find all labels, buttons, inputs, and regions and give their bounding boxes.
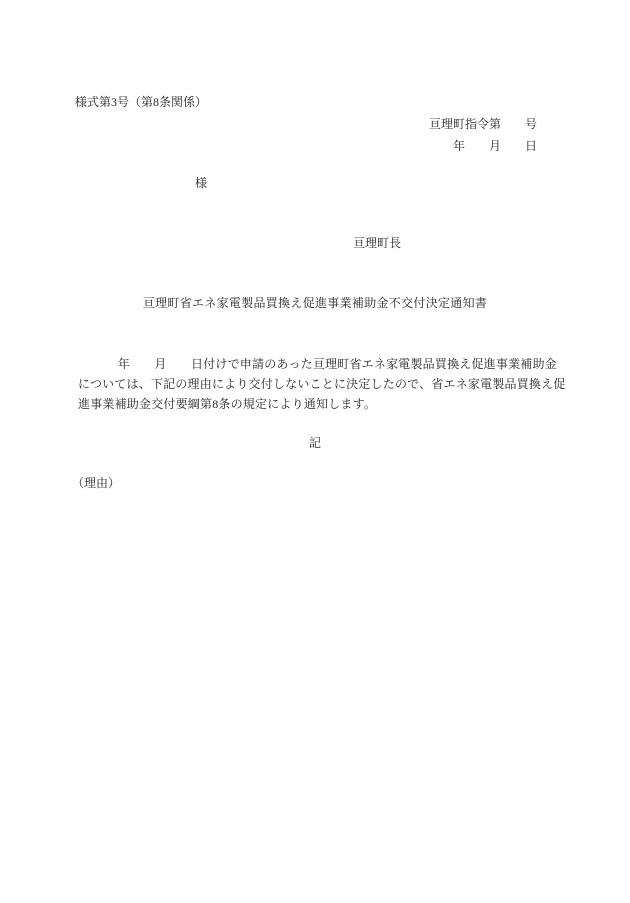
date-line: 年 月 日 bbox=[453, 139, 537, 153]
body-line-1: 年 月 日付けで申請のあった亘理町省エネ家電製品買換え促進事業補助金 bbox=[78, 354, 564, 374]
body-line-2: については、下記の理由により交付しないことに決定したので、省エネ家電製品買換え促 bbox=[78, 374, 564, 394]
body-line-3: 進事業補助金交付要綱第8条の規定により通知します。 bbox=[78, 394, 564, 414]
reason-label: （理由） bbox=[72, 476, 120, 490]
body-paragraph: 年 月 日付けで申請のあった亘理町省エネ家電製品買換え促進事業補助金 については… bbox=[78, 354, 564, 414]
addressee-honorific: 様 bbox=[195, 176, 207, 190]
sender-title: 亘理町長 bbox=[353, 236, 401, 250]
document-title: 亘理町省エネ家電製品買換え促進事業補助金不交付決定通知書 bbox=[0, 296, 630, 310]
form-number: 様式第3号（第8条関係） bbox=[75, 95, 207, 109]
directive-number-line: 亘理町指令第 号 bbox=[429, 117, 537, 131]
ki-marker: 記 bbox=[0, 436, 630, 450]
document-page: 様式第3号（第8条関係） 亘理町指令第 号 年 月 日 様 亘理町長 亘理町省エ… bbox=[0, 0, 630, 903]
